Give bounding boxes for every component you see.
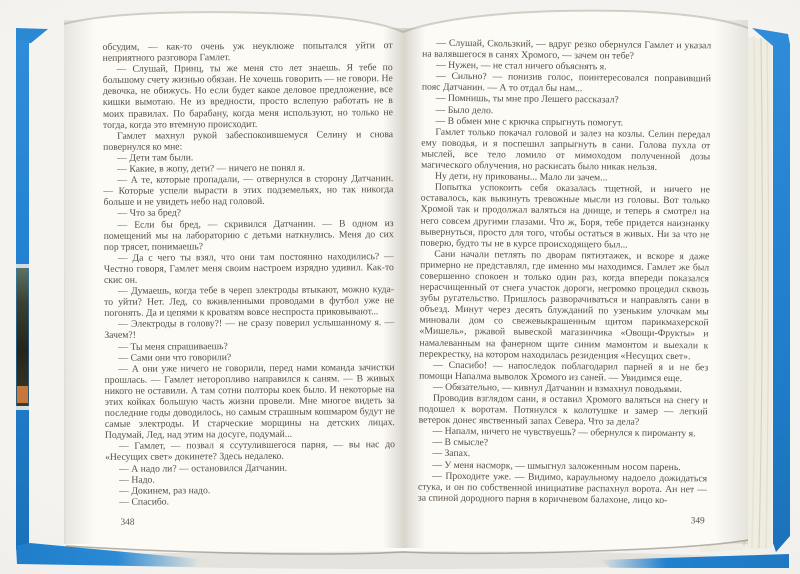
paragraph: — Сильно? — понизив голос, поинтересовал… xyxy=(422,71,711,96)
paragraph: — А те, которые пропадали, — отвернулся … xyxy=(103,173,393,208)
paragraph: Гамлет махнул рукой забеспокоившемуся Се… xyxy=(103,129,393,153)
left-page-body: обсудим, — как-то очень уж неуклюже попы… xyxy=(103,40,396,508)
paragraph: — Думаешь, когда тебе в череп электроды … xyxy=(104,284,394,319)
left-page: обсудим, — как-то очень уж неуклюже попы… xyxy=(103,40,396,529)
right-page-body: — Слушай, Скользкий, — вдруг резко оберн… xyxy=(418,38,711,507)
paragraph: — Слушай, Принц, ты же меня сто лет знае… xyxy=(103,62,393,130)
left-cover-art-strip xyxy=(16,264,29,410)
paragraph: — А они уже ничего не говорили, перед на… xyxy=(104,362,394,441)
left-page-number: 348 xyxy=(105,516,395,529)
paragraph: — Если бы бред, — скривился Датчанин. — … xyxy=(104,218,394,253)
left-page-edge-shade xyxy=(64,20,96,544)
right-page-edge-shade xyxy=(714,20,748,544)
paragraph: — Спасибо. xyxy=(105,495,395,508)
paragraph: Гамлет только покачал головой и залез на… xyxy=(421,126,710,173)
paragraph: — Да с чего ты взял, что они там постоян… xyxy=(104,251,394,286)
paragraph: — Спасибо! — напоследок поблагодарил пар… xyxy=(419,359,708,384)
right-page: — Слушай, Скользкий, — вдруг резко оберн… xyxy=(418,38,712,528)
paragraph: — Слушай, Скользкий, — вдруг резко оберн… xyxy=(422,38,711,63)
paragraph: — Гамлет, — позвал я ссутулившегося парн… xyxy=(105,439,395,463)
paragraph: — Электроды в голову?! — не сразу повери… xyxy=(104,317,394,341)
paragraph: Попытка успокоить себя оказалась тщетной… xyxy=(420,182,710,251)
paragraph: Проводив взглядом сани, я оставил Хромог… xyxy=(419,393,708,429)
paragraph: Сани начали петлять по дворам пятиэтажек… xyxy=(419,248,709,362)
photo-background: обсудим, — как-то очень уж неуклюже попы… xyxy=(0,0,800,574)
paragraph: — Проходите уже. — Видимо, караульному н… xyxy=(418,470,707,506)
paragraph: обсудим, — как-то очень уж неуклюже попы… xyxy=(103,40,393,64)
